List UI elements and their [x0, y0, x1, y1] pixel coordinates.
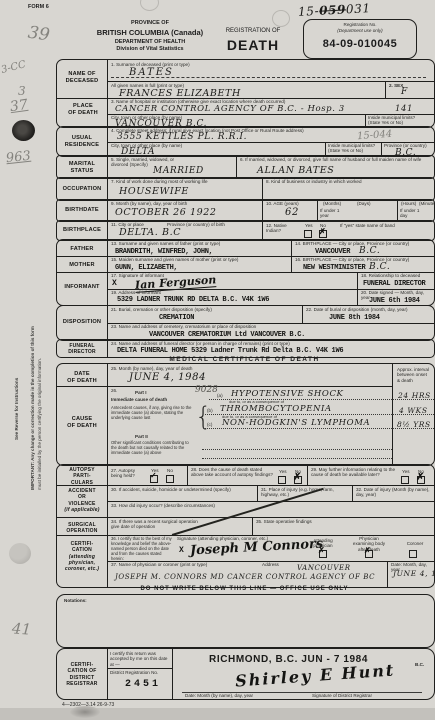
under-year-label: If under 1 year — [320, 208, 340, 219]
under-day-label: If under 1 day — [400, 208, 420, 219]
punch-hole-top-right — [272, 10, 290, 27]
pencil-note-963: 963 — [5, 149, 31, 167]
stamp-bc-label: B.C. — [415, 662, 424, 667]
field20-value: JUNE 6th 1984 — [369, 297, 420, 305]
division-vital-stats: Division of Vital Statistics — [90, 46, 210, 52]
pencil-note-37: 37 — [9, 97, 29, 115]
field6-label: 6. If married, widowed, or divorced, giv… — [240, 157, 430, 162]
field12-label: 12. Native Indian? — [266, 223, 296, 234]
cause-c-value: NON-HODGKIN'S LYMPHOMA — [222, 418, 370, 428]
see-reverse-note: See Reverse for Instructions — [14, 330, 20, 440]
field21-label: 21. Burial, cremation or other dispositi… — [111, 307, 212, 312]
reg-no-label: Registration No. — [304, 22, 416, 27]
section-label-disposition: DISPOSITION — [59, 319, 105, 326]
field4-pencil-code: 15-044 — [357, 129, 393, 142]
field11-value: DELTA. B.C — [119, 227, 181, 238]
reg-no-sublabel: (Department use only) — [304, 28, 416, 33]
notations-label: Notations: — [64, 598, 87, 603]
field3-hospital-value: CANCER CONTROL AGENCY OF B.C. - Hosp. 3 — [115, 104, 345, 114]
field22-label: 22. Date of burial or disposition (month… — [306, 307, 408, 312]
section-name-place: NAME OFDECEASED PLACEOF DEATH 1. Surname… — [56, 59, 435, 128]
other-conditions-label: Other significant conditions contributin… — [111, 441, 193, 456]
f29-yes-checkbox — [401, 476, 409, 484]
important-note-line2: must be initialled by the person certify… — [37, 310, 43, 490]
field30-label: 30. If accident, suicide, homicide or un… — [111, 487, 231, 492]
section-parents-informant: FATHER 13. Surname and given names of fa… — [56, 239, 435, 306]
field18-value: FUNERAL DIRECTOR — [363, 280, 425, 288]
field37-label: 37. Name of physician or coroner (print … — [111, 562, 207, 567]
field16-hw: B.C. — [369, 262, 390, 272]
months-label: (Months) — [323, 201, 341, 206]
residence-inside-limits-label: Inside municipal limits? (State Yes or N… — [328, 143, 378, 154]
field19-label: 19. Address of informant — [111, 290, 161, 295]
section-label-informant: INFORMANT — [59, 284, 105, 291]
cause-a-label: (a) — [217, 393, 223, 398]
field25-label: 25. Month (by name), day, year of death — [111, 366, 192, 371]
f28-yes-checkbox — [278, 476, 286, 484]
dept-of-health: DEPARTMENT OF HEALTH — [90, 39, 210, 45]
f28-no-mark: ✗ — [293, 472, 301, 483]
registration-of-label: REGISTRATION OF — [213, 28, 293, 34]
section-label-marital: MARITALSTATUS — [59, 161, 105, 175]
field13-value: BRANDRITH, WINFRED, JOHN, — [115, 248, 213, 256]
section-label-mother: MOTHER — [59, 262, 105, 269]
section-label-surgical: SURGICALOPERATION — [59, 522, 105, 535]
scan-bottom-strip — [0, 708, 435, 720]
cause-b-value: THROMBOCYTOPENIA — [220, 404, 332, 414]
pencil-note-3cc: 3-CC — [0, 59, 27, 76]
cause-a-value: HYPOTENSIVE SHOCK — [231, 389, 344, 399]
field23-label: 23. Name and address of cemetery, cremat… — [111, 324, 256, 329]
registrar-date-label: Date: Month (by name), day, year — [185, 693, 253, 698]
district-regno-value: 2451 — [125, 679, 161, 690]
field32-label: 32. Date of injury (Month (by name), day… — [356, 487, 432, 498]
section-medical-cause: DATEOF DEATH 25. Month (by name), day, y… — [56, 363, 435, 466]
section-marital: MARITALSTATUS 5. Single, married, widowe… — [56, 155, 435, 179]
section-label-date-of-death: DATEOF DEATH — [59, 371, 105, 385]
pencil-note-3: 3 — [18, 84, 26, 98]
section-label-cause: CAUSEOF DEATH — [59, 416, 105, 430]
field24-label: 24. Name and address of funeral director… — [111, 341, 290, 346]
field36-label: 36. I certify that to the best of my kno… — [111, 537, 173, 562]
minutes-label: (Minutes) — [419, 201, 435, 206]
header-province-block: PROVINCE OF BRITISH COLUMBIA (Canada) DE… — [90, 20, 210, 52]
coroner-checkbox — [409, 550, 417, 558]
field33-label: 33. How did injury occur? (describe circ… — [111, 503, 215, 508]
field21-value: CREMATION — [159, 314, 194, 322]
punch-hole-left-dark — [12, 120, 35, 141]
section-occupation: OCCUPATION 7. Kind of work done during m… — [56, 177, 435, 201]
field14-value: VANCOUVER — [315, 248, 350, 256]
field16-value: NEW WESTMINISTER — [303, 264, 365, 272]
field24-value: DELTA FUNERAL HOME 5329 Ladner Trunk Rd … — [117, 347, 343, 355]
cause-c-label: (c) — [207, 422, 212, 427]
section-disposition: DISPOSITION 21. Burial, cremation or oth… — [56, 305, 435, 341]
field15-label: 15. Maiden surname and given names of mo… — [111, 257, 238, 262]
form-number: FORM 6 — [28, 4, 49, 10]
registrar-certify-label: I certify this return was accepted by me… — [110, 651, 168, 667]
part1-label: Part I — [135, 390, 147, 395]
field10-age-label: 10. AGE (years) — [266, 201, 299, 206]
section-label-place: PLACEOF DEATH — [61, 103, 105, 117]
field37-value: JOSEPH M. CONNORS MD CANCER CONTROL AGEN… — [115, 573, 375, 581]
field14-hw: B.C. — [359, 246, 380, 256]
field7-value: HOUSEWIFE — [119, 186, 189, 197]
important-note-line1: IMPORTANT: Any change or correction made… — [30, 305, 36, 490]
cause-b-label: (b) — [207, 408, 213, 413]
field15-value: GUNN, ELIZABETH, — [115, 264, 177, 272]
section-label-registrar: CERTIFI-CATION OFDISTRICTREGISTRAR — [59, 662, 105, 687]
field9-label: 9. Month (by name), day, year of birth — [111, 201, 187, 206]
punch-hole-top-left — [140, 0, 159, 11]
section-label-father: FATHER — [59, 246, 105, 253]
cause-code-9028: 9028 — [195, 385, 218, 395]
section-label-accident: ACCIDENTORVIOLENCE(if applicable) — [59, 488, 105, 513]
field16-label: 16. BIRTHPLACE — City or place, Province… — [295, 257, 409, 262]
f28-yes-label: Yes — [279, 469, 287, 474]
examining-mark: ✗ — [364, 546, 371, 555]
section-district-registrar: CERTIFI-CATION OFDISTRICTREGISTRAR I cer… — [56, 648, 435, 700]
section-residence: USUALRESIDENCE 4. Complete street addres… — [56, 126, 435, 157]
office-use-bar: DO NOT WRITE BELOW THIS LINE — OFFICE US… — [56, 586, 433, 592]
section-label-residence: USUALRESIDENCE — [59, 135, 105, 149]
field26-number: 26. — [111, 388, 117, 393]
file-no-suffix: 031 — [346, 1, 371, 16]
field23-value: VANCOUVER CREMATORIUM Ltd VANCOUVER B.C. — [149, 331, 305, 339]
cert-address-label: Address — [262, 562, 279, 567]
field9-value: OCTOBER 26 1922 — [115, 207, 217, 218]
file-no-struck: 059 — [319, 2, 347, 17]
province-of: PROVINCE OF — [90, 20, 210, 26]
field5-value: MARRIED — [153, 166, 204, 176]
f29-no-mark: ✗ — [416, 472, 424, 483]
section-notations: Notations: — [56, 594, 435, 648]
antecedent-label: Antecedent causes, if any, giving rise t… — [111, 406, 193, 421]
field10-age-value: 62 — [285, 207, 299, 218]
field27-label: 27. Autopsy being held? — [111, 468, 147, 479]
field6-value: ALLAN BATES — [257, 165, 334, 176]
cert-x: X — [179, 546, 184, 555]
section-label-name: NAME OFDECEASED — [59, 71, 105, 85]
place-inside-limits-label: Inside municipal limits? (State Yes or N… — [368, 115, 424, 126]
registration-number-box: Registration No. (Department use only) 8… — [303, 19, 417, 59]
field19-value: 5329 LADNER TRUNK RD DELTA B.C. V4K 1W6 — [117, 296, 269, 304]
field22-value: JUNE 8th 1984 — [329, 314, 380, 322]
field13-label: 13. Surname and given names of father (p… — [111, 241, 220, 246]
field31-label: 31. Place of injury (e.g. home, farm, hi… — [261, 487, 341, 498]
section-birthplace: BIRTHPLACE 11. City or place Province (o… — [56, 220, 435, 241]
field18-label: 18. Relationship to deceased — [361, 273, 420, 278]
registrar-signature-label: Signature of District Registrar — [312, 693, 372, 698]
death-title: DEATH — [213, 37, 293, 53]
coroner-label: Coroner — [401, 541, 429, 546]
field4-street-value: 3555 KETTLES PL. R.R.I. — [117, 132, 247, 142]
medical-certificate-title: MEDICAL CERTIFICATE OF DEATH — [56, 356, 433, 363]
section-label-funeral: FUNERALDIRECTOR — [59, 343, 105, 356]
band-label: If "yes" state name of band — [340, 223, 395, 228]
section-label-autopsy: AUTOPSYPARTI-CULARS — [59, 467, 105, 486]
field35-label: 35. State operative findings — [256, 519, 312, 524]
f27-yes-mark: ✓ — [150, 471, 157, 480]
immediate-cause-label: Immediate cause of death — [111, 397, 167, 402]
field25-value: JUNE 4, 1984 — [129, 372, 206, 383]
section-label-certification: CERTIFI-CATION(attendingphysician,corone… — [59, 541, 105, 572]
file-no-prefix: 15- — [298, 4, 320, 19]
attending-mark: ✗ — [318, 546, 325, 555]
section-label-birthdate: BIRTHDATE — [59, 207, 105, 214]
field29-label: 29. May further information relating to … — [311, 467, 397, 478]
field14-label: 14. BIRTHPLACE — City or place, Province… — [295, 241, 409, 246]
days-label: (Days) — [357, 201, 371, 206]
death-certificate-page: FORM 6 39 3-CC 3 37 963 41 See Reverse f… — [0, 0, 435, 720]
section-birthdate: BIRTHDATE 9. Month (by name), day, year … — [56, 199, 435, 222]
interval-header: Approx. interval between onset & death — [397, 367, 431, 383]
field17-x: X — [112, 279, 117, 288]
field3-ward-value: 141 — [395, 104, 413, 114]
cert-address-hw: VANCOUVER — [297, 564, 351, 572]
field28-label: 28. Does the cause of death stated above… — [191, 467, 273, 478]
section-medical-lower: AUTOPSYPARTI-CULARS 27. Autopsy being he… — [56, 464, 435, 588]
section-label-birthplace: BIRTHPLACE — [59, 227, 105, 234]
british-columbia: BRITISH COLUMBIA (Canada) — [90, 28, 210, 37]
cert-date-value: JUNE 4, 1984 — [393, 569, 435, 578]
punch-hole-left-light — [9, 543, 31, 564]
pencil-note-39: 39 — [27, 23, 51, 46]
f27-no-label: No — [167, 468, 173, 473]
handwritten-file-number: 15-059031 — [298, 1, 371, 19]
form-footer-code: 4—2302—3.14 26-9-73 — [62, 703, 114, 709]
native-yes-label: Yes — [305, 223, 313, 228]
native-yes-checkbox — [304, 230, 312, 238]
field8-label: 8. Kind of business or industry in which… — [266, 179, 362, 184]
district-regno-label: District Registration No. — [110, 670, 170, 675]
part2-label: Part II — [135, 434, 148, 439]
native-no-mark: ✗ — [319, 227, 326, 236]
hours-label: (Hours) — [401, 201, 416, 206]
field7-label: 7. Kind of work done during most of work… — [111, 179, 208, 184]
sex-value: F — [401, 87, 408, 97]
f27-no-checkbox — [166, 475, 174, 483]
f29-yes-label: Yes — [402, 469, 410, 474]
pencil-note-41: 41 — [11, 619, 31, 638]
section-label-occupation: OCCUPATION — [59, 186, 105, 193]
registration-number: 84-09-010045 — [304, 38, 416, 50]
